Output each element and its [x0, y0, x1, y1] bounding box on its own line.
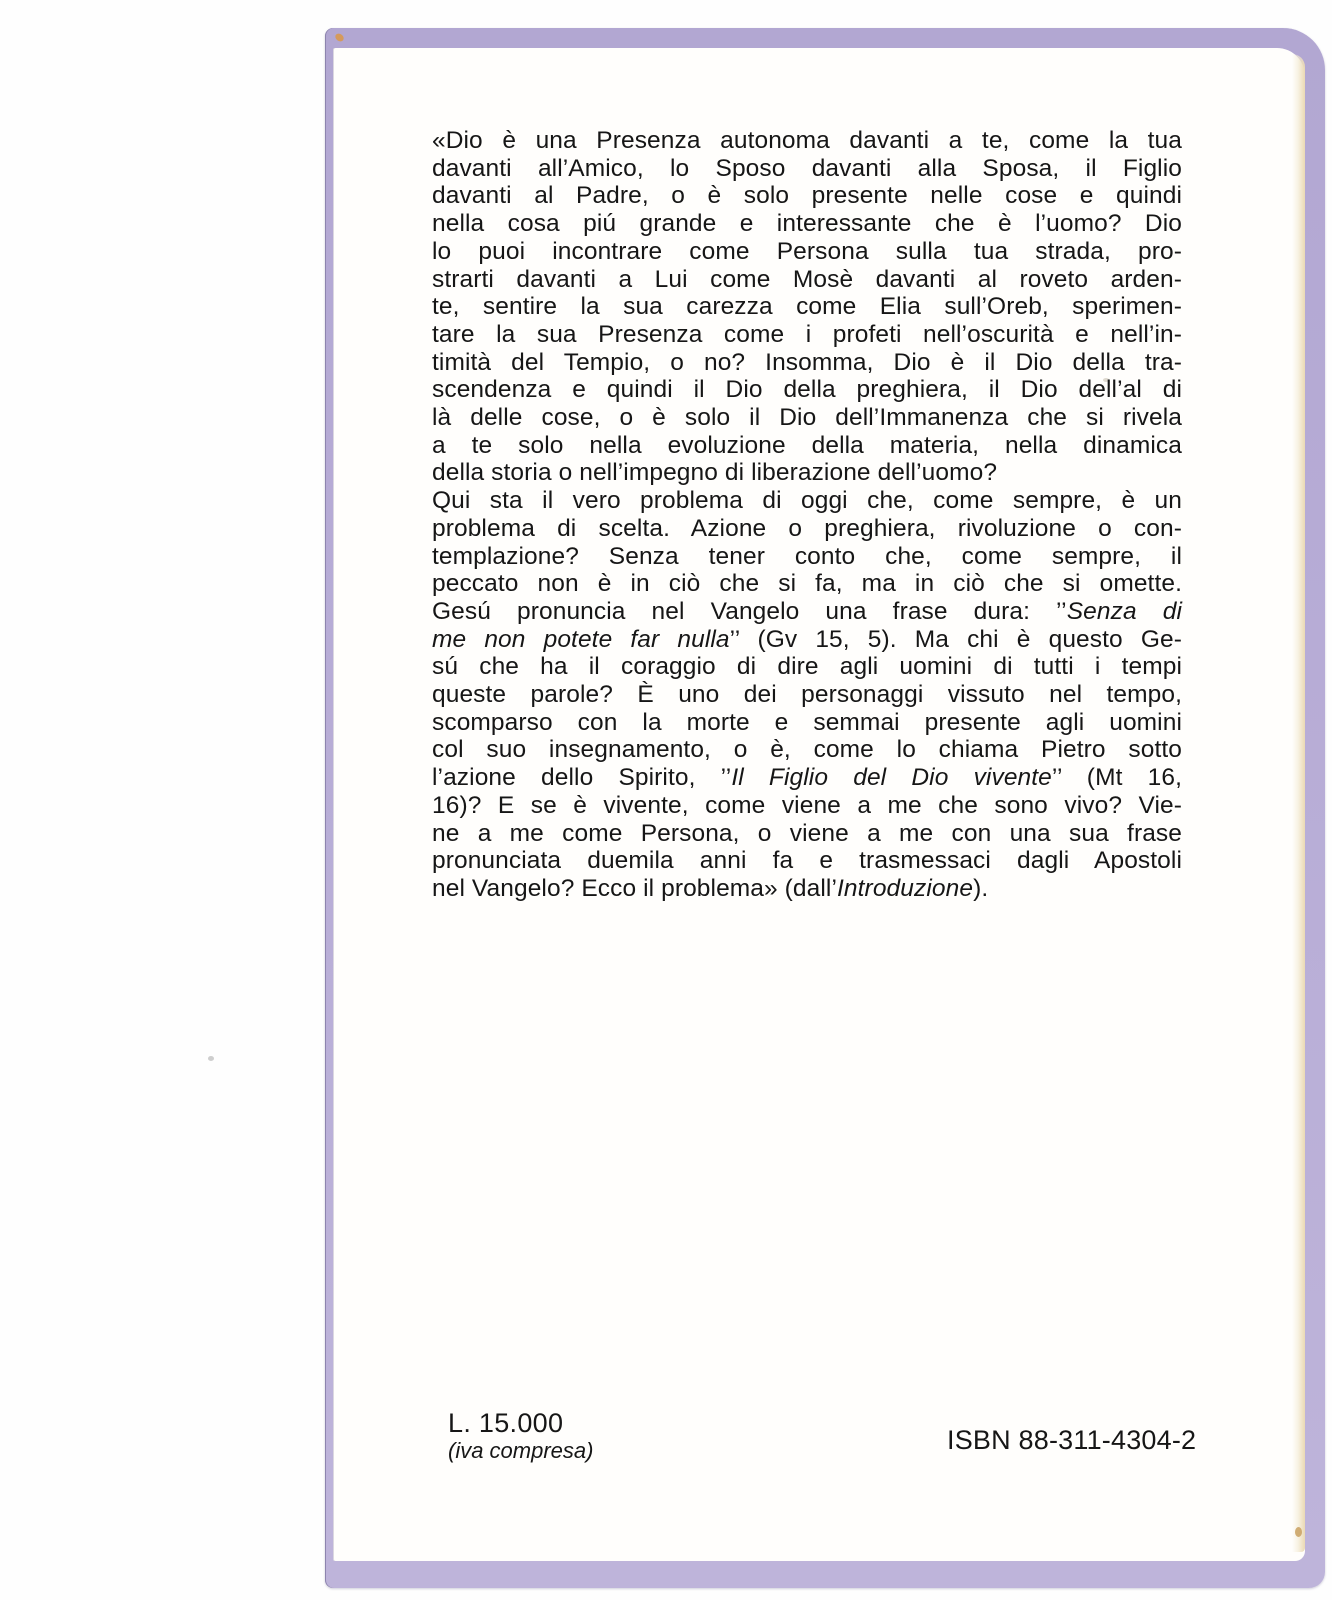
price-amount: L. 15.000	[448, 1408, 593, 1438]
edge-speck	[1295, 1527, 1302, 1537]
blurb-line: nel Vangelo? Ecco il problema» (dall’Int…	[432, 875, 1182, 903]
price-block: L. 15.000 (iva compresa)	[448, 1408, 593, 1464]
isbn-text: ISBN 88-311-4304-2	[947, 1425, 1196, 1455]
blurb-line: nella cosa piú grande e interessante che…	[432, 210, 1182, 238]
blurb-line: Qui sta il vero problema di oggi che, co…	[432, 487, 1182, 515]
blurb-line: tare la sua Presenza come i profeti nell…	[432, 321, 1182, 349]
blurb-line: Gesú pronuncia nel Vangelo una frase dur…	[432, 598, 1182, 626]
blurb-line: timità del Tempio, o no? Insomma, Dio è …	[432, 349, 1182, 377]
blurb-line: scendenza e quindi il Dio della preghier…	[432, 376, 1182, 404]
blurb-line: templazione? Senza tener conto che, come…	[432, 543, 1182, 571]
blurb-line: peccato non è in ciò che si fa, ma in ci…	[432, 570, 1182, 598]
blurb-line: là delle cose, o è solo il Dio dell’Imma…	[432, 404, 1182, 432]
blurb-line: davanti all’Amico, lo Sposo davanti alla…	[432, 155, 1182, 183]
blurb-line: sú che ha il coraggio di dire agli uomin…	[432, 653, 1182, 681]
book-cover: «Dio è una Presenza autonoma davanti a t…	[325, 28, 1325, 1588]
blurb-line: me non potete far nulla’’ (Gv 15, 5). Ma…	[432, 626, 1182, 654]
blurb-line: queste parole? È uno dei personaggi viss…	[432, 681, 1182, 709]
blurb-line: te, sentire la sua carezza come Elia sul…	[432, 293, 1182, 321]
blurb-line: 16)? E se è vivente, come viene a me che…	[432, 792, 1182, 820]
blurb-line: a te solo nella evoluzione della materia…	[432, 432, 1182, 460]
back-cover-blurb: «Dio è una Presenza autonoma davanti a t…	[432, 127, 1182, 903]
scanned-back-cover: «Dio è una Presenza autonoma davanti a t…	[0, 0, 1332, 1600]
price-vat-note: (iva compresa)	[448, 1438, 593, 1464]
blurb-line: «Dio è una Presenza autonoma davanti a t…	[432, 127, 1182, 155]
cover-paper: «Dio è una Presenza autonoma davanti a t…	[333, 48, 1305, 1561]
blurb-line: della storia o nell’impegno di liberazio…	[432, 459, 1182, 487]
blurb-line: davanti al Padre, o è solo presente nell…	[432, 182, 1182, 210]
blurb-line: strarti davanti a Lui come Mosè davanti …	[432, 266, 1182, 294]
page-edge-tint	[1292, 54, 1305, 1552]
blurb-line: col suo insegnamento, o è, come lo chiam…	[432, 736, 1182, 764]
blurb-line: ne a me come Persona, o viene a me con u…	[432, 820, 1182, 848]
dust-speck	[208, 1056, 214, 1061]
blurb-line: pronunciata duemila anni fa e trasmessac…	[432, 847, 1182, 875]
blurb-line: problema di scelta. Azione o preghiera, …	[432, 515, 1182, 543]
blurb-line: lo puoi incontrare come Persona sulla tu…	[432, 238, 1182, 266]
corner-speck	[334, 32, 345, 43]
blurb-line: l’azione dello Spirito, ’’Il Figlio del …	[432, 764, 1182, 792]
blurb-line: scomparso con la morte e semmai presente…	[432, 709, 1182, 737]
